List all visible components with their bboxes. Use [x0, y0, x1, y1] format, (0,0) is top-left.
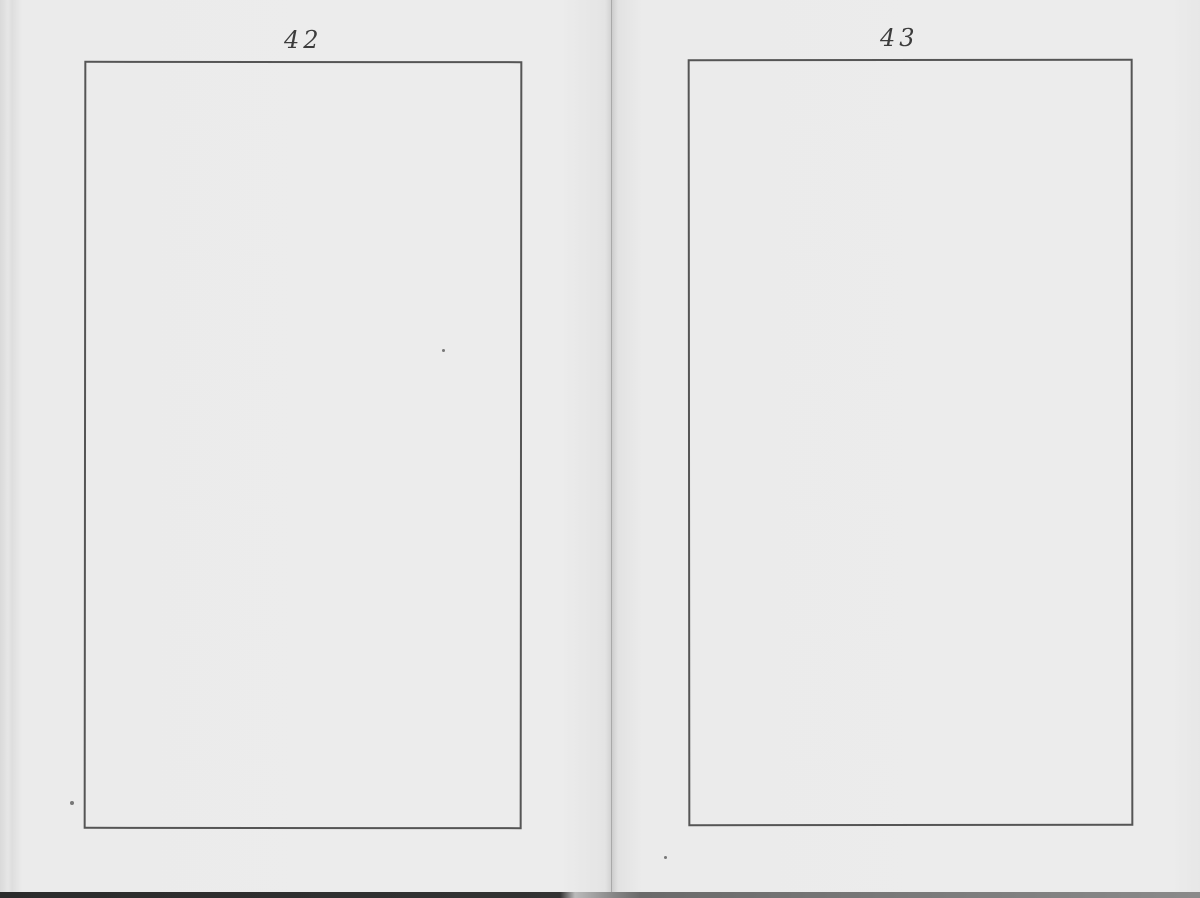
page-number-left: 42 [284, 26, 323, 54]
paper-speck [442, 349, 445, 352]
book-bottom-edge [0, 892, 1200, 898]
left-page-frame [84, 61, 523, 829]
right-page: 43 [612, 0, 1200, 894]
notebook-spread: 42 43 [0, 0, 1200, 898]
paper-speck [70, 801, 74, 805]
right-page-frame [688, 59, 1134, 826]
left-page: 42 [0, 0, 612, 894]
paper-speck [664, 856, 667, 859]
page-number-right: 43 [880, 24, 919, 52]
